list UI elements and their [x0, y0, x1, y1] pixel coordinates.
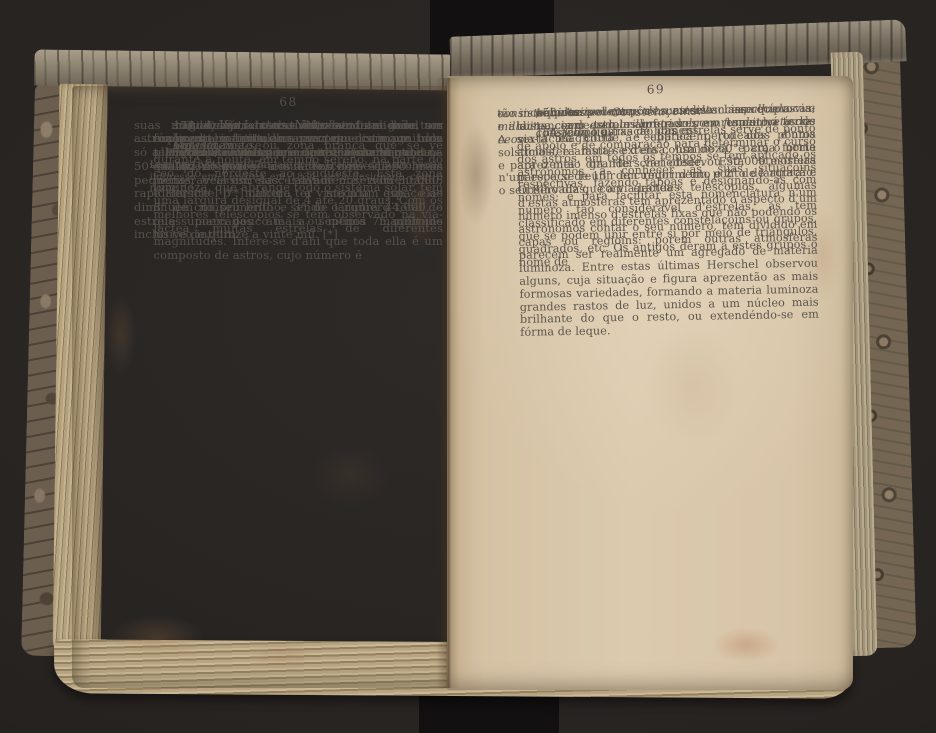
paragraph: 153. As nébulas e nebulozas, que se pode…: [497, 103, 815, 109]
page-number-left: 68: [134, 96, 443, 110]
stain: [698, 620, 794, 670]
stain: [452, 104, 500, 244]
stain: [92, 606, 222, 670]
book-photo: 68 suas magnitudes, com tudo, na totalid…: [0, 0, 936, 733]
stain: [235, 636, 330, 678]
page-left-text: 68 suas magnitudes, com tudo, na totalid…: [134, 96, 443, 148]
stain: [295, 430, 405, 520]
page-right-text: 69 tão incompressivel como as suas dista…: [497, 81, 816, 128]
stain: [100, 280, 142, 390]
